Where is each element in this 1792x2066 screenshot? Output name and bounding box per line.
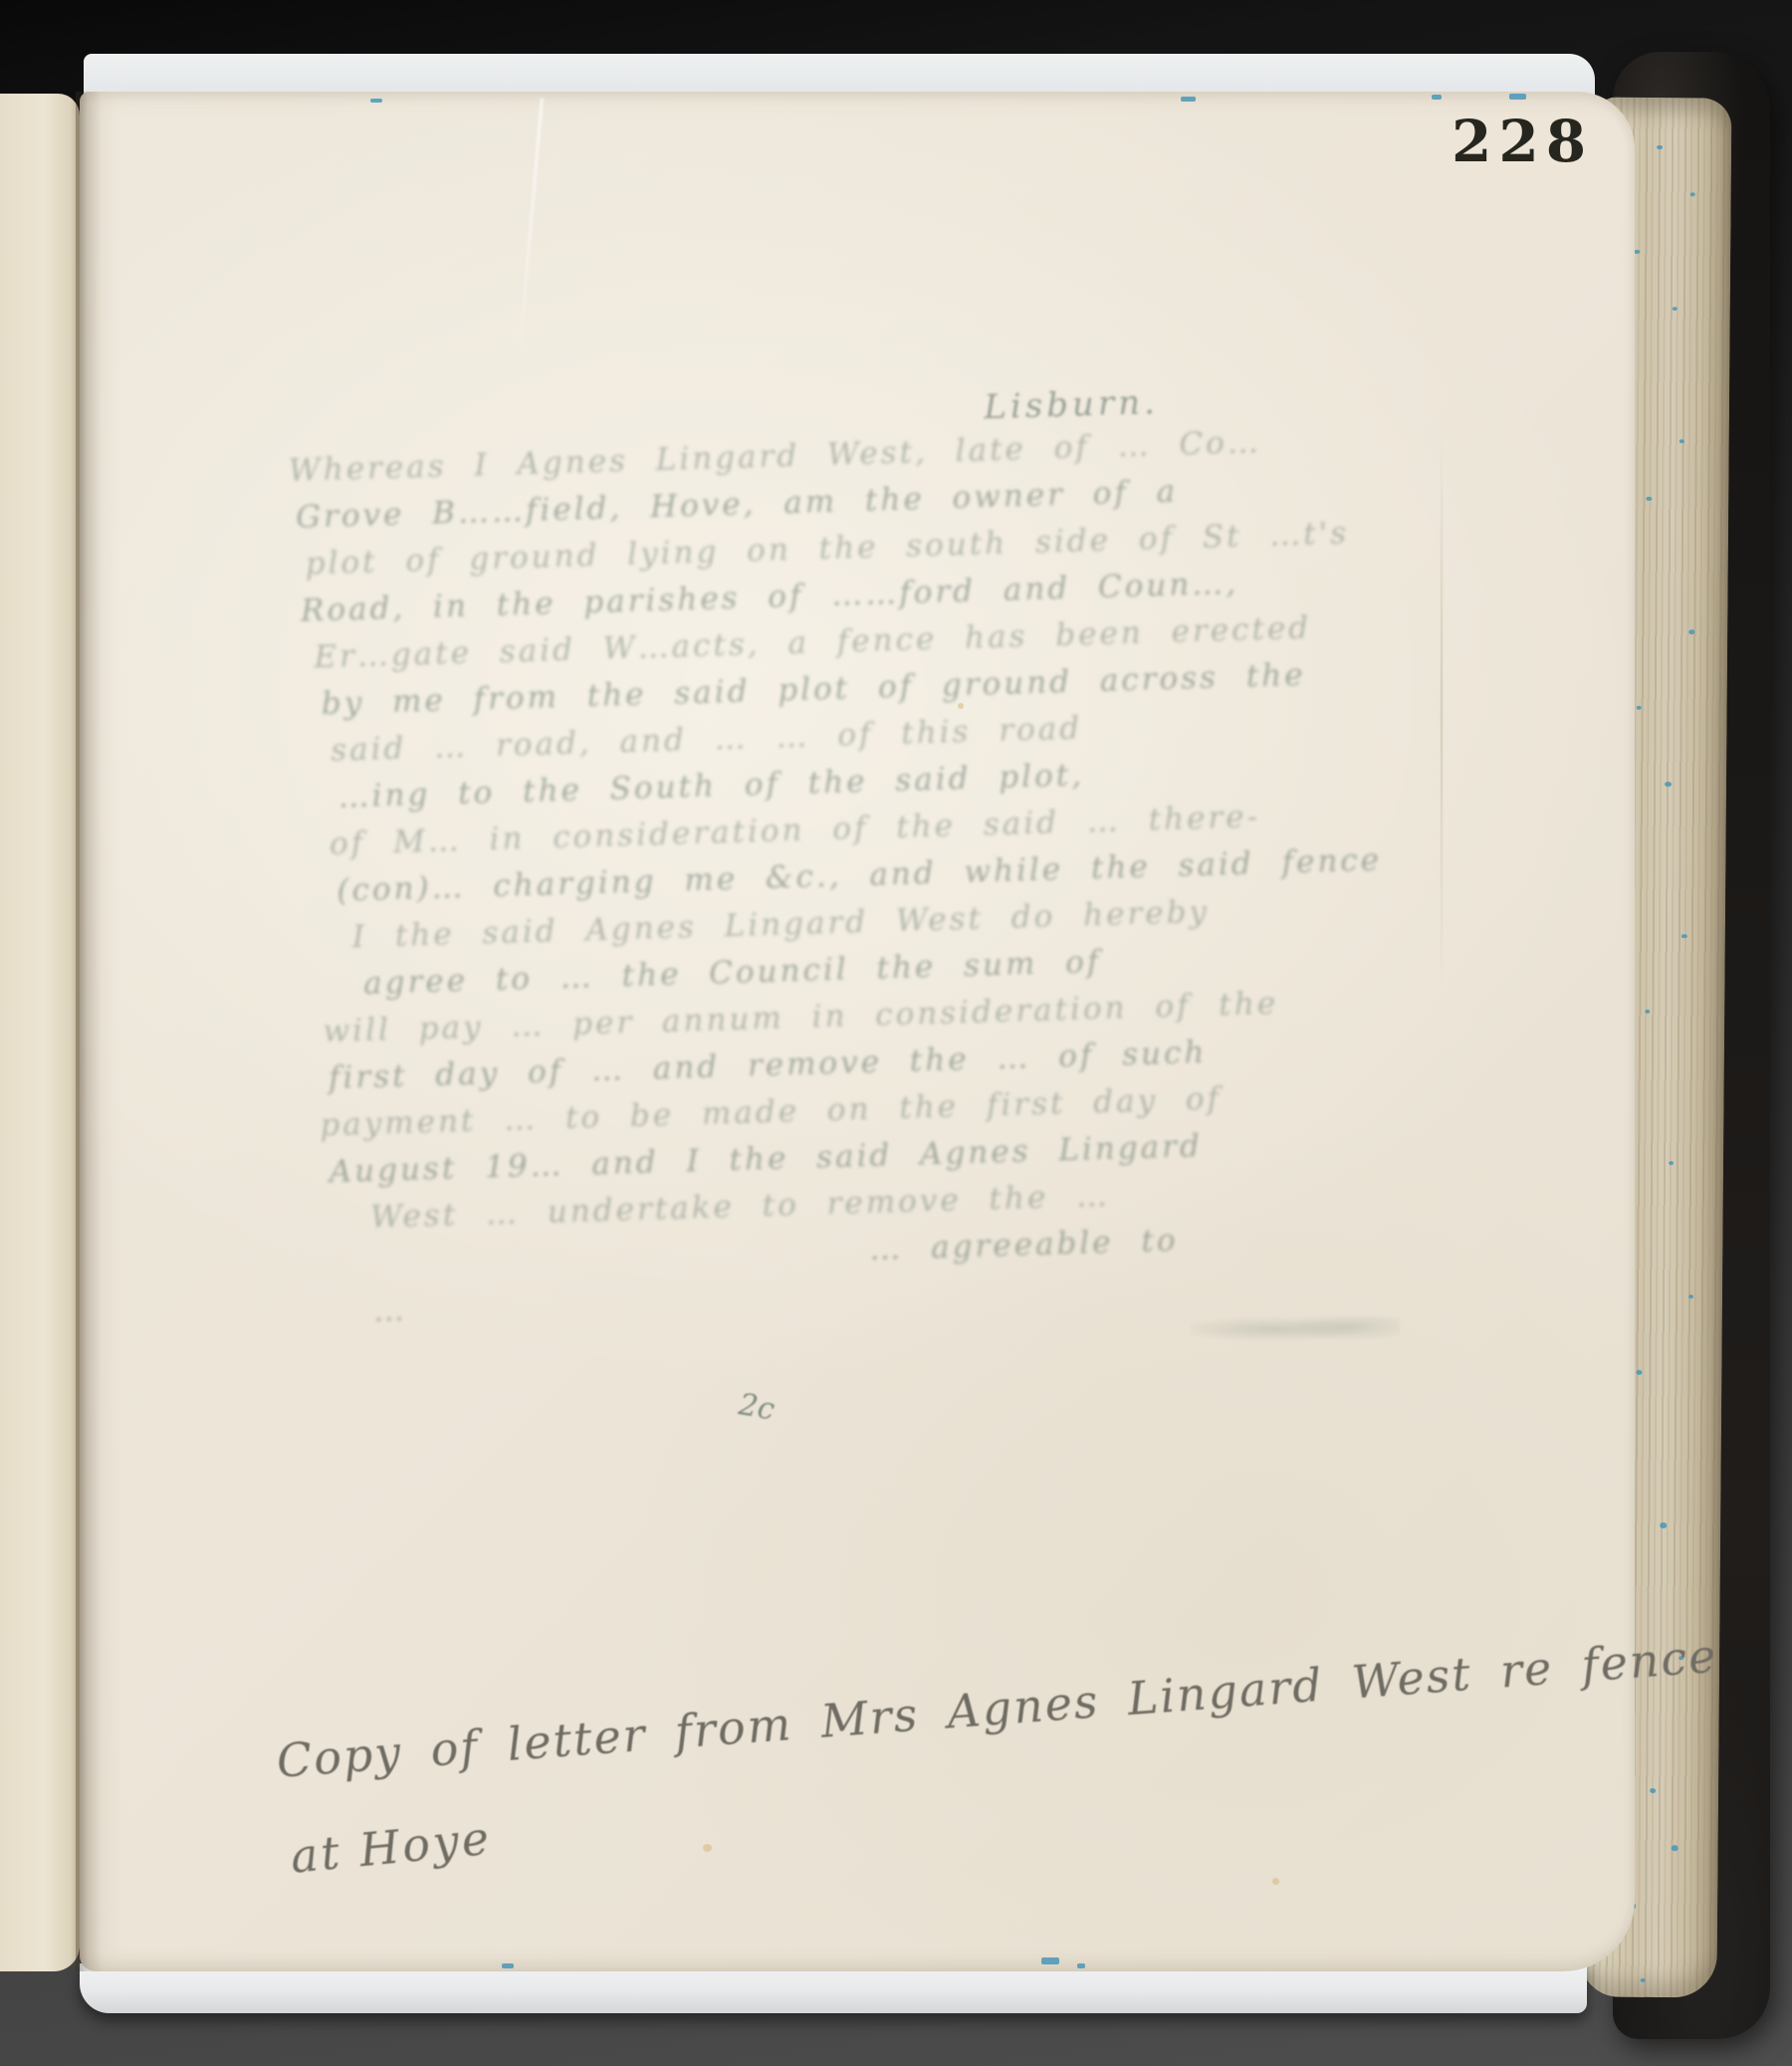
blue-edge-mark: [1432, 95, 1442, 100]
gutter-shadow: [76, 92, 102, 1971]
blue-edge-mark: [370, 99, 382, 103]
signature-smudge: [1191, 1316, 1400, 1342]
edge-speckle: [1673, 307, 1678, 311]
edge-speckle: [1689, 629, 1695, 634]
edge-speckle: [1660, 1522, 1667, 1528]
edge-speckle: [1665, 782, 1672, 788]
edge-speckle: [1669, 1162, 1674, 1166]
stray-pencil-mark: 2c: [736, 1387, 777, 1427]
edge-speckle: [1658, 145, 1664, 150]
edge-speckle: [1637, 1370, 1643, 1375]
edge-speckle: [1689, 193, 1694, 197]
letter-copy: Lisburn. Whereas I Agnes Lingard West, l…: [287, 373, 1498, 1337]
edge-speckle: [1635, 249, 1641, 254]
edge-speckle: [1680, 440, 1684, 444]
blue-edge-mark: [1509, 94, 1526, 100]
fox-spot: [958, 703, 964, 709]
blue-edge-mark: [502, 1963, 514, 1968]
edge-speckle: [1681, 934, 1687, 939]
edge-speckle: [1650, 1788, 1656, 1793]
edge-speckle: [1640, 1978, 1645, 1982]
edge-speckle: [1688, 1294, 1693, 1298]
blue-edge-mark: [1041, 1957, 1059, 1964]
fox-spot: [1272, 1878, 1279, 1885]
blue-edge-mark: [1181, 97, 1196, 102]
edge-speckle: [1645, 1010, 1650, 1014]
edge-speckle: [1672, 1846, 1679, 1852]
edge-speckle: [1637, 705, 1642, 709]
page-number: 228: [1452, 108, 1593, 175]
edge-speckle: [1646, 497, 1652, 502]
previous-page-edge: [0, 94, 80, 1971]
fox-spot: [703, 1844, 712, 1852]
blue-edge-mark: [1077, 1963, 1085, 1968]
